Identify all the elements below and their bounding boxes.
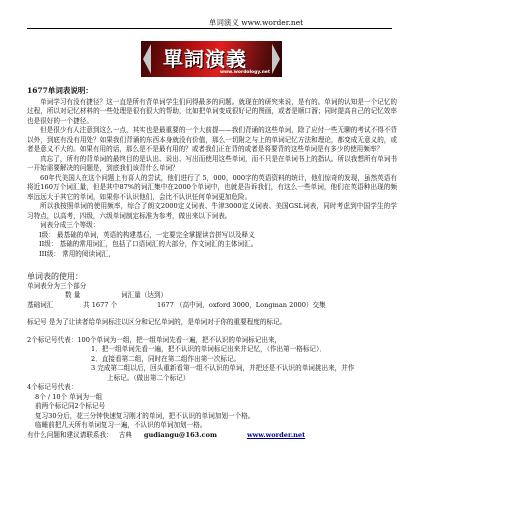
grade-2: II级： 基础的常用词汇，包括了口语词汇的大部分，作文词汇的主体词汇。 — [27, 240, 397, 250]
left-arrow-icon — [143, 44, 151, 74]
two-marker-continuation: 上标记。（做出第二个标记） — [27, 374, 397, 384]
website-link[interactable]: www.worder.net — [247, 431, 305, 441]
contact-name: 古典 — [119, 431, 132, 441]
intro-paragraph-1: 单词学习有没有捷径？这一直是所有背单词学生们问得最多的问题。就现在的研究来说，是… — [27, 98, 397, 127]
row-count: 共 1677 个 — [83, 301, 157, 311]
four-marker-line-2: 前两个标记同2个标记号 — [27, 402, 397, 412]
four-marker-line-4: 临睡前把几天所有单词复习一遍，不认识的单词加划一格。 — [27, 421, 397, 431]
intro-paragraph-4: 60年代美国人在这个问题上有喜人的尝试，他们进行了 5，000，000字的英语资… — [27, 174, 397, 203]
marker-note: 标记号 是为了让读者给单词标注以区分和记忆单词的，是单词对于你的重要程度的标记。 — [27, 318, 397, 328]
four-marker-intro: 4个标记号代表： — [27, 383, 397, 393]
banner-title: 單詞演義 — [163, 43, 247, 72]
contact-line: 有什么问题和建议请联系我： 古典 gudiangu@163.com www.wo… — [27, 431, 397, 441]
usage-subheading: 单词表分为三个部分 — [27, 282, 397, 292]
intro-heading: 1677单词表说明： — [27, 86, 397, 96]
usage-heading: 单词表的使用： — [27, 272, 397, 282]
grade-3: III级： 常用的阅读词汇， — [27, 250, 397, 260]
header-count: 数 量 — [65, 291, 121, 301]
page-header: 单词演义 www.worder.net — [0, 17, 512, 28]
intro-paragraph-5: 所以我按照单词的使用频率，综合了朗文2000定义词表、牛津3000定义词表、美国… — [27, 202, 397, 221]
four-marker-line-1: 8个 / 10个 单词为一组 — [27, 393, 397, 403]
intro-paragraph-6: 词表分成三个等级： — [27, 221, 397, 231]
two-marker-intro: 2个标记号代表：100个单词为一组，把一组单词先看一遍，把不认识的单词标记出来， — [27, 336, 397, 346]
table-row: 基础词汇 共 1677 个 1677 （高中词，oxford 3000，Long… — [27, 301, 397, 311]
site-banner: 單詞演義 www.wordology.net — [141, 41, 282, 77]
four-marker-line-3: 复习30分后，花三分钟快速复习刚才的单词，把不认识的单词加划一个格。 — [27, 412, 397, 422]
grade-1: I级： 最基础的单词，英语的构建基石，一定要完全掌握读音拼写以及释义 — [27, 231, 397, 241]
banner-url: www.wordology.net — [220, 70, 270, 75]
contact-label: 有什么问题和建议请联系我： — [27, 431, 113, 441]
two-marker-step-1: 1．把一组单词先看一遍，把不认识的单词标记出来并记忆，（作出第一格标记）． — [27, 345, 397, 355]
intro-paragraph-2: 但是很少有人注意到这么一点，其实也是最重要的一个大前提——我们背诵的这些单词，除… — [27, 126, 397, 155]
two-marker-step-3: 3 完成第二组以后，回头重新看第一组不认识的单词，并把还是不认识的单词挑出来，并… — [27, 364, 397, 374]
row-label: 基础词汇 — [27, 301, 83, 311]
table-header-row: 数 量 词汇量（达到） — [27, 291, 397, 301]
row-vocab: 1677 （高中词，oxford 3000，Longman 2000）交集 — [157, 301, 326, 311]
contact-email[interactable]: gudiangu@163.com — [144, 431, 217, 441]
header-rule — [27, 28, 392, 29]
two-marker-step-2: 2．直接看第二组，同时在第二组作出第一次标记。 — [27, 355, 397, 365]
right-arrow-icon — [272, 44, 280, 74]
header-vocab: 词汇量（达到） — [121, 291, 167, 301]
intro-paragraph-3: 真忘了，所有的背单词的最终目的是认出、说出、写出而使用这些单词，而不只是在单词书… — [27, 155, 397, 174]
document-body: 1677单词表说明： 单词学习有没有捷径？这一直是所有背单词学生们问得最多的问题… — [27, 86, 397, 440]
